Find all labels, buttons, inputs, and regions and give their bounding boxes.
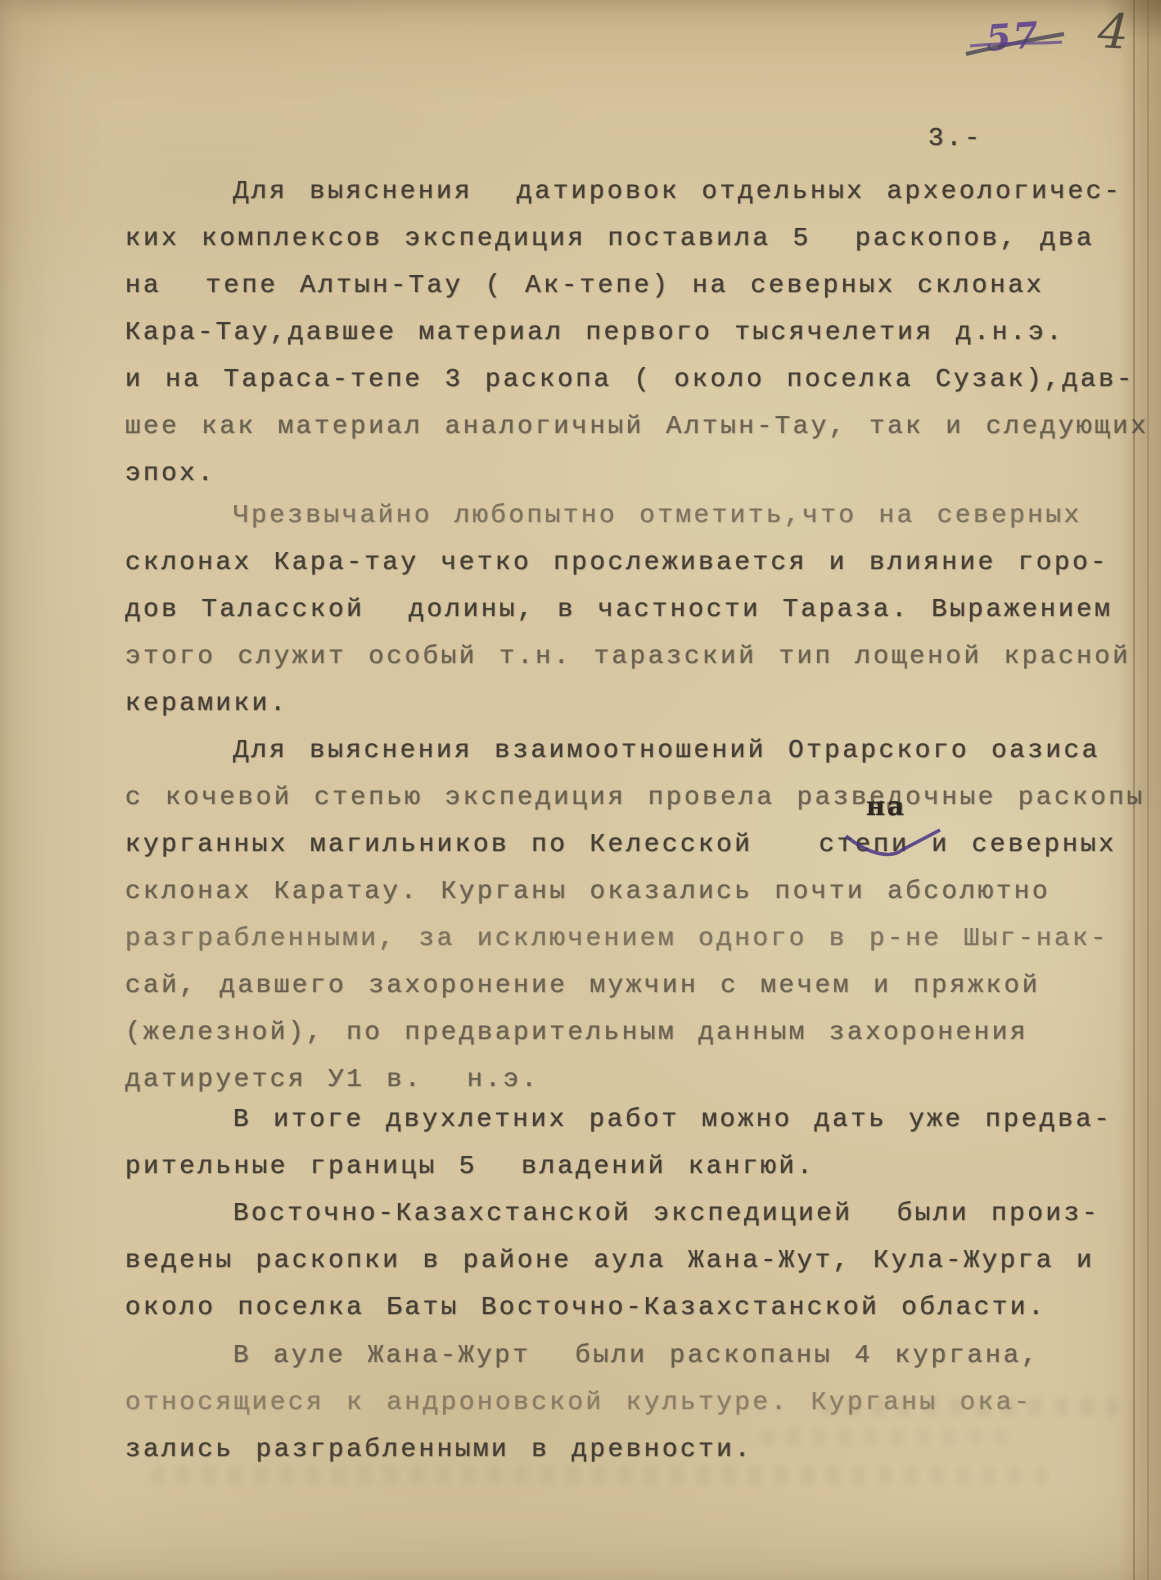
paragraph-5: Восточно-Казахстанской экспедицией были …: [125, 1190, 1137, 1331]
paragraph-4: В итоге двухлетних работ можно дать уже …: [125, 1096, 1137, 1190]
scanned-document-page: 57 4 3.- Для выяснения датировок отдельн…: [0, 0, 1161, 1580]
text-line: дов Таласской долины, в частности Тараза…: [125, 586, 1137, 633]
handwritten-corner-number: 4: [1097, 3, 1130, 61]
text-line: этого служит особый т.н. таразский тип л…: [125, 633, 1137, 680]
text-line: с кочевой степью экспедиция провела разв…: [125, 774, 1137, 821]
text-line: Чрезвычайно любопытно отметить,что на се…: [125, 492, 1137, 539]
text-line: сай, давшего захоронение мужчин с мечем …: [125, 962, 1137, 1009]
text-line: разграбленными, за исключением одного в …: [125, 915, 1137, 962]
text-line: керамики.: [125, 680, 1137, 727]
text-line: склонах Кара-тау четко прослеживается и …: [125, 539, 1137, 586]
bleed-through-text: [760, 1428, 1020, 1446]
text-line: В итоге двухлетних работ можно дать уже …: [125, 1096, 1137, 1143]
text-line: и на Тараса-тепе 3 раскопа ( около посел…: [125, 356, 1137, 403]
text-line: Кара-Тау,давшее материал первого тысячел…: [125, 309, 1137, 356]
text-line: Для выяснения датировок отдельных археол…: [125, 168, 1137, 215]
paragraph-1: Для выяснения датировок отдельных археол…: [125, 168, 1137, 497]
handwritten-insertion-word: на: [866, 792, 906, 822]
insertion-caret-mark: [840, 826, 950, 862]
text-line: ких комплексов экспедиция поставила 5 ра…: [125, 215, 1137, 262]
text-line: В ауле Жана-Журт были раскопаны 4 курган…: [125, 1332, 1137, 1379]
text-line: Для выяснения взаимоотношений Отрарского…: [125, 727, 1137, 774]
paragraph-2: Чрезвычайно любопытно отметить,что на се…: [125, 492, 1137, 727]
text-line: Восточно-Казахстанской экспедицией были …: [125, 1190, 1137, 1237]
text-line: ведены раскопки в районе аула Жана-Жут, …: [125, 1237, 1137, 1284]
typed-page-number: 3.-: [928, 118, 982, 158]
text-line: на тепе Алтын-Тау ( Ак-тепе) на северных…: [125, 262, 1137, 309]
text-line: склонах Каратау. Курганы оказались почти…: [125, 868, 1137, 915]
page-seam-line: [1147, 0, 1149, 1580]
paragraph-3: Для выяснения взаимоотношений Отрарского…: [125, 727, 1137, 1103]
text-line: (железной), по предварительным данным за…: [125, 1009, 1137, 1056]
bleed-through-text: [150, 1466, 1050, 1484]
text-line: эпох.: [125, 450, 1137, 497]
bleed-through-text: [820, 1398, 1120, 1416]
text-line: рительные границы 5 владений кангюй.: [125, 1143, 1137, 1190]
text-line: курганных магильников по Келесской степи…: [125, 821, 1137, 868]
strikethrough-mark: [960, 18, 1070, 68]
text-line: шее как материал аналогичный Алтын-Тау, …: [125, 403, 1137, 450]
text-line: около поселка Баты Восточно-Казахстанско…: [125, 1284, 1137, 1331]
